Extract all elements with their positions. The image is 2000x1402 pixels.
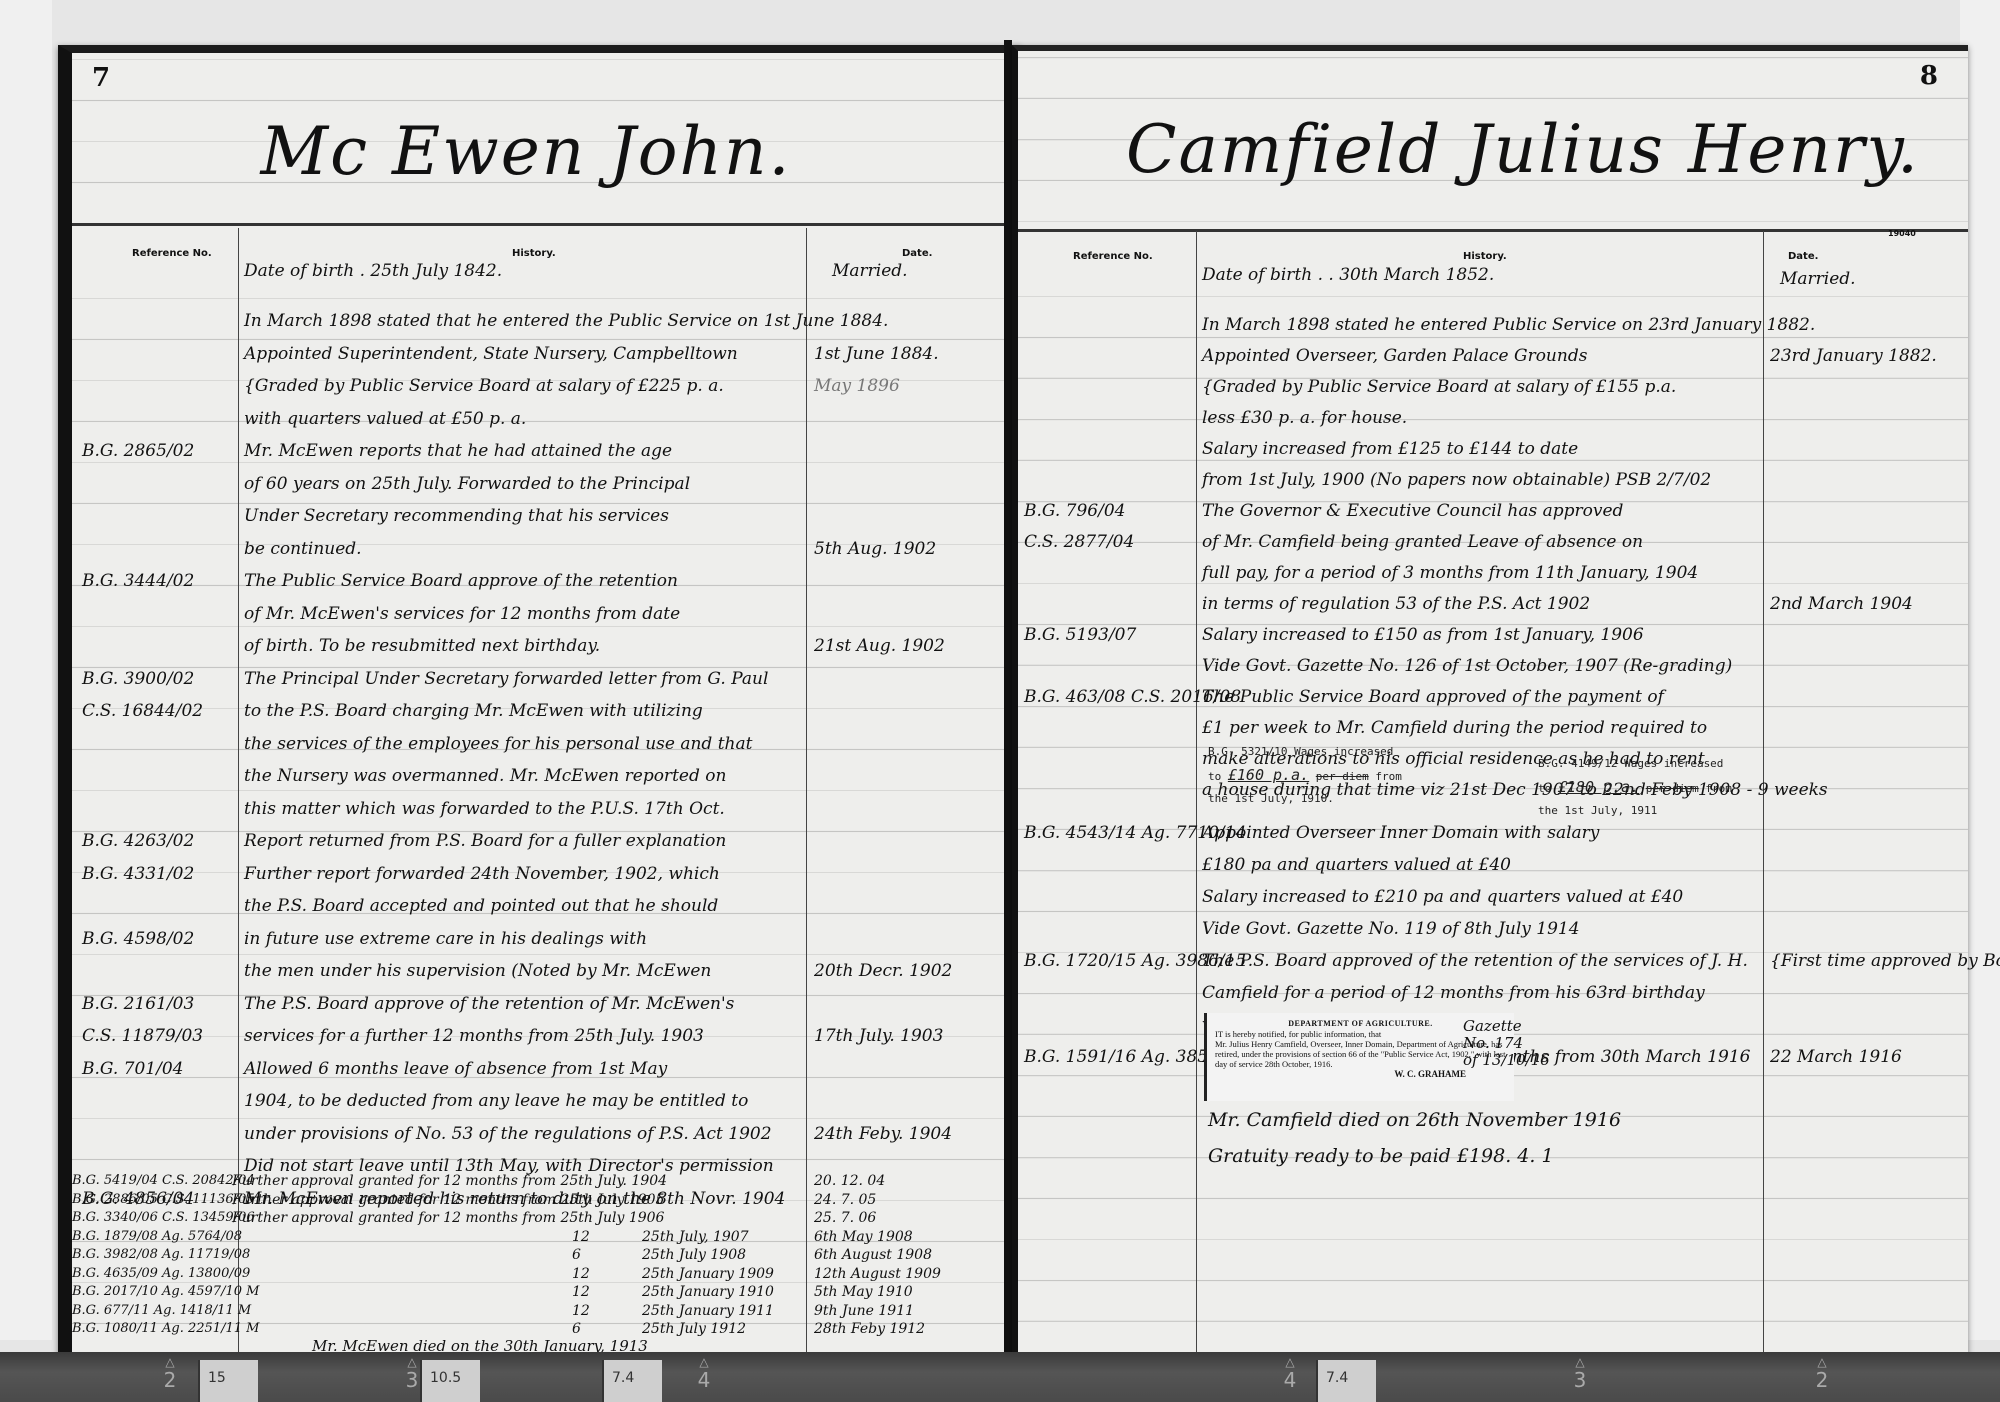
entry-date: 12th August 1909 — [814, 1266, 941, 1282]
entry-date: May 1896 — [814, 376, 900, 396]
history-text: 25th July, 1907 — [642, 1229, 749, 1245]
ruler-mark: △4 — [1280, 1356, 1300, 1392]
employee-name-title: Camfield Julius Henry. — [1078, 111, 1968, 188]
history-text: Further approval granted for 12 months f… — [232, 1173, 667, 1189]
scan-ruler-strip: △2 15 △3 10.5 7.4 △4 △4 7.4 △3 △2 — [0, 1352, 2000, 1402]
history-text: the Nursery was overmanned. Mr. McEwen r… — [244, 766, 726, 786]
reference-number: C.S. 2877/04 — [1024, 532, 1134, 552]
entry-date: 1st June 1884. — [814, 344, 939, 364]
employee-name-title: Mc Ewen John. — [32, 113, 1020, 190]
entry-date: 6th May 1908 — [814, 1229, 913, 1245]
history-text: with quarters valued at £50 p. a. — [244, 409, 526, 429]
column-header-reference: Reference No. — [1073, 251, 1153, 262]
column-header-history: History. — [1463, 251, 1507, 262]
death-note: Mr. Camfield died on 26th November 1916 — [1208, 1109, 1621, 1131]
gazette-reference-note: Gazette No. 174 of 13/10/16 — [1463, 1018, 1550, 1069]
history-text: Vide Govt. Gazette No. 126 of 1st Octobe… — [1202, 656, 1732, 676]
book-gutter — [1004, 40, 1012, 1352]
reference-number: B.G. 3444/02 — [82, 571, 194, 591]
column-header-reference: Reference No. — [132, 248, 212, 259]
history-text: Camfield for a period of 12 months from … — [1202, 983, 1705, 1003]
history-text: Vide Govt. Gazette No. 119 of 8th July 1… — [1202, 919, 1580, 939]
entry-date: 23rd January 1882. — [1770, 346, 1937, 366]
ruler-mark: △3 — [1570, 1356, 1590, 1392]
form-code: 19040 — [1888, 229, 1916, 238]
history-text: Further approval granted for 12 months f… — [232, 1192, 664, 1208]
birth-line: Date of birth . 25th July 1842. — [244, 261, 502, 281]
history-text: 25th January 1910 — [642, 1284, 774, 1300]
history-text: the men under his supervision (Noted by … — [244, 961, 711, 981]
column-divider-reference — [1196, 231, 1197, 1356]
entry-date: 24. 7. 05 — [814, 1192, 876, 1208]
history-text: £180 pa and quarters valued at £40 — [1202, 855, 1511, 875]
months-value: 6 — [572, 1321, 581, 1337]
reference-number: B.G. 2017/10 Ag. 4597/10 M — [72, 1284, 259, 1299]
months-value: 12 — [572, 1303, 590, 1319]
history-text: of Mr. McEwen's services for 12 months f… — [244, 604, 680, 624]
reference-number: B.G. 4635/09 Ag. 13800/09 — [72, 1266, 250, 1281]
reference-number: B.G. 5419/04 C.S. 20842/04 — [72, 1173, 255, 1188]
entry-date: 24th Feby. 1904 — [814, 1124, 952, 1144]
married-label: Married. — [1780, 269, 1856, 289]
history-text: to the P.S. Board charging Mr. McEwen wi… — [244, 701, 703, 721]
entry-date: 28th Feby 1912 — [814, 1321, 925, 1337]
history-text: be continued. — [244, 539, 362, 559]
history-text: less £30 p. a. for house. — [1202, 408, 1407, 428]
history-text: 25th July 1912 — [642, 1321, 746, 1337]
reference-number: B.G. 796/04 — [1024, 501, 1126, 521]
reference-number: B.G. 5193/07 — [1024, 625, 1136, 645]
page-number: 8 — [1920, 61, 1938, 91]
history-text: Appointed Overseer Inner Domain with sal… — [1202, 823, 1599, 843]
ruler-tab: 15 — [198, 1360, 258, 1402]
history-text: The P.S. Board approved of the retention… — [1202, 951, 1748, 971]
history-text: Allowed 6 months leave of absence from 1… — [244, 1059, 667, 1079]
gratuity-note: Gratuity ready to be paid £198. 4. 1 — [1208, 1145, 1554, 1167]
reference-number: B.G. 4331/02 — [82, 864, 194, 884]
entry-date: 5th May 1910 — [814, 1284, 913, 1300]
ruler-mark: △4 — [694, 1356, 714, 1392]
history-text: this matter which was forwarded to the P… — [244, 799, 725, 819]
history-text: The Governor & Executive Council has app… — [1202, 501, 1623, 521]
reference-number: B.G. 677/11 Ag. 1418/11 M — [72, 1303, 251, 1318]
ruler-mark: △2 — [160, 1356, 180, 1392]
months-value: 12 — [572, 1266, 590, 1282]
reference-number: B.G. 701/04 — [82, 1059, 184, 1079]
history-text: Salary increased to £150 as from 1st Jan… — [1202, 625, 1644, 645]
entry-date: {First time approved by Board — [1770, 951, 2000, 971]
reference-number: B.G. 3900/02 — [82, 669, 194, 689]
entry-date: 21st Aug. 1902 — [814, 636, 945, 656]
ledger-page-left: 7 Mc Ewen John. Reference No. History. D… — [58, 45, 1020, 1358]
history-text: under provisions of No. 53 of the regula… — [244, 1124, 772, 1144]
wages-stamp-1911: B.G. 4149/12 Wages increased to £180 p.a… — [1538, 757, 1732, 817]
history-text: 25th January 1911 — [642, 1303, 774, 1319]
reference-number: C.S. 16844/02 — [82, 701, 203, 721]
ruler-mark: △2 — [1812, 1356, 1832, 1392]
column-header-history: History. — [512, 248, 556, 259]
column-divider-date — [806, 228, 807, 1358]
history-text: in future use extreme care in his dealin… — [244, 929, 647, 949]
married-label: Married. — [832, 261, 908, 281]
history-text: In March 1898 stated he entered Public S… — [1202, 315, 1815, 335]
history-text: {Graded by Public Service Board at salar… — [1202, 377, 1676, 397]
entry-date: 5th Aug. 1902 — [814, 539, 936, 559]
history-text: Appointed Superintendent, State Nursery,… — [244, 344, 738, 364]
history-text: Further approval granted for 12 months f… — [232, 1210, 664, 1226]
history-text: from 1st July, 1900 (No papers now obtai… — [1202, 470, 1711, 490]
history-text: of Mr. Camfield being granted Leave of a… — [1202, 532, 1643, 552]
history-text: 1904, to be deducted from any leave he m… — [244, 1091, 748, 1111]
months-value: 6 — [572, 1247, 581, 1263]
months-value: 12 — [572, 1229, 590, 1245]
wages-stamp-1910: B.G. 5321/10 Wages increased to £160 p.a… — [1208, 745, 1402, 805]
entry-date: 20. 12. 04 — [814, 1173, 885, 1189]
history-text: Under Secretary recommending that his se… — [244, 506, 669, 526]
history-text: Further report forwarded 24th November, … — [244, 864, 720, 884]
reference-number: B.G. 1879/08 Ag. 5764/08 — [72, 1229, 242, 1244]
entry-date: 20th Decr. 1902 — [814, 961, 952, 981]
header-rule — [72, 223, 1020, 226]
history-text: 25th July 1908 — [642, 1247, 746, 1263]
entry-date: 2nd March 1904 — [1770, 594, 1913, 614]
entry-date: 22 March 1916 — [1770, 1047, 1902, 1067]
scan-background-left — [0, 0, 52, 1340]
history-text: of birth. To be resubmitted next birthda… — [244, 636, 600, 656]
history-text: Appointed Overseer, Garden Palace Ground… — [1202, 346, 1587, 366]
reference-number: B.G. 1080/11 Ag. 2251/11 M — [72, 1321, 259, 1336]
history-text: Report returned from P.S. Board for a fu… — [244, 831, 726, 851]
history-text: The Public Service Board approved of the… — [1202, 687, 1664, 707]
ruler-tab: 7.4 — [1316, 1360, 1376, 1402]
history-text: Salary increased from £125 to £144 to da… — [1202, 439, 1578, 459]
entry-date: 6th August 1908 — [814, 1247, 932, 1263]
column-header-date: Date. — [1788, 251, 1818, 262]
history-text: the P.S. Board accepted and pointed out … — [244, 896, 718, 916]
ruler-tab: 7.4 — [602, 1360, 662, 1402]
history-text: the services of the employees for his pe… — [244, 734, 752, 754]
entry-date: 17th July. 1903 — [814, 1026, 943, 1046]
history-text: in terms of regulation 53 of the P.S. Ac… — [1202, 594, 1590, 614]
ruler-tab: 10.5 — [420, 1360, 480, 1402]
reference-number: B.G. 2161/03 — [82, 994, 194, 1014]
history-text: In March 1898 stated that he entered the… — [244, 311, 888, 331]
entry-date: 25. 7. 06 — [814, 1210, 876, 1226]
column-header-date: Date. — [902, 248, 932, 259]
entry-date: 9th June 1911 — [814, 1303, 914, 1319]
history-text: The Principal Under Secretary forwarded … — [244, 669, 768, 689]
history-text: Mr. McEwen reports that he had attained … — [244, 441, 672, 461]
birth-line: Date of birth . . 30th March 1852. — [1202, 265, 1494, 285]
history-text: The Public Service Board approve of the … — [244, 571, 678, 591]
ledger-page-right: 8 Camfield Julius Henry. 19040 Reference… — [1012, 45, 1968, 1356]
page-number: 7 — [92, 63, 110, 93]
history-text: Salary increased to £210 pa and quarters… — [1202, 887, 1683, 907]
history-text: The P.S. Board approve of the retention … — [244, 994, 734, 1014]
ruler-mark: △3 — [402, 1356, 422, 1392]
reference-number: B.G. 4598/02 — [82, 929, 194, 949]
reference-number: C.S. 11879/03 — [82, 1026, 203, 1046]
history-text: £1 per week to Mr. Camfield during the p… — [1202, 718, 1707, 738]
history-text: of 60 years on 25th July. Forwarded to t… — [244, 474, 690, 494]
history-text: 25th January 1909 — [642, 1266, 774, 1282]
reference-number: B.G. 2886/05 C.S. 11136/05 — [72, 1192, 255, 1207]
reference-number: B.G. 4263/02 — [82, 831, 194, 851]
months-value: 12 — [572, 1284, 590, 1300]
reference-number: B.G. 3340/06 C.S. 13459/06 — [72, 1210, 255, 1225]
reference-number: B.G. 2865/02 — [82, 441, 194, 461]
history-text: services for a further 12 months from 25… — [244, 1026, 704, 1046]
history-text: full pay, for a period of 3 months from … — [1202, 563, 1698, 583]
reference-number: B.G. 3982/08 Ag. 11719/08 — [72, 1247, 250, 1262]
header-rule — [1018, 229, 1968, 232]
history-text: {Graded by Public Service Board at salar… — [244, 376, 724, 396]
